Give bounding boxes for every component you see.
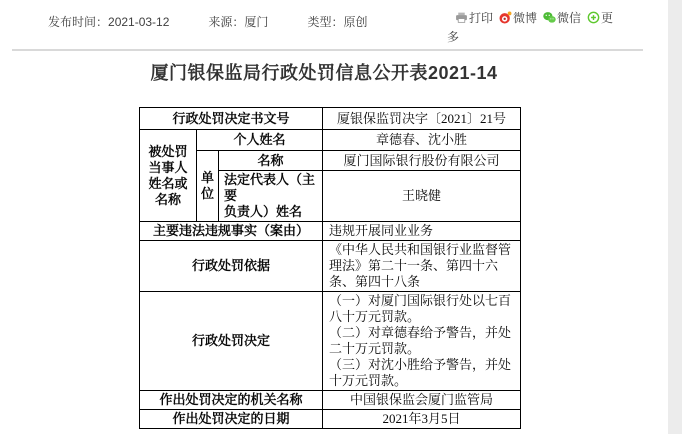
basis-value-cell: 《中华人民共和国银行业监督管理法》第二十一条、第四十六条、第四十八条 <box>323 241 521 292</box>
weibo-icon <box>499 11 512 24</box>
print-button[interactable]: 打印 <box>455 11 493 25</box>
facts-label-cell: 主要违法违规事实（案由） <box>140 222 323 241</box>
penalty-table: 行政处罚决定书文号 厦银保监罚决字〔2021〕21号 被处罚 当事人 姓名或 名… <box>139 107 521 429</box>
facts-value-cell: 违规开展同业业务 <box>323 222 521 241</box>
date-label-cell: 作出处罚决定的日期 <box>140 410 323 429</box>
row-decision: 行政处罚决定 （一）对厦门国际银行处以七百八十万元罚款。 （二）对章德春给予警告… <box>140 292 521 391</box>
unit-name-label-cell: 名称 <box>219 151 323 171</box>
printer-icon <box>455 11 468 24</box>
publish-time-label: 发布时间： <box>48 15 108 29</box>
row-authority: 作出处罚决定的机关名称 中国银保监会厦门监管局 <box>140 391 521 410</box>
unit-label-cell: 单 位 <box>197 151 219 222</box>
row-unit-name: 单 位 名称 厦门国际银行股份有限公司 <box>140 151 521 171</box>
wechat-button[interactable]: 微信 <box>543 11 581 25</box>
row-doc-no: 行政处罚决定书文号 厦银保监罚决字〔2021〕21号 <box>140 108 521 130</box>
more-plus-icon <box>587 11 600 24</box>
publish-time-value: 2021-03-12 <box>108 15 169 29</box>
publish-time: 发布时间：2021-03-12 <box>48 15 169 29</box>
person-name-label-cell: 个人姓名 <box>197 130 323 151</box>
row-date: 作出处罚决定的日期 2021年3月5日 <box>140 410 521 429</box>
weibo-label: 微博 <box>513 11 537 25</box>
weibo-button[interactable]: 微博 <box>499 11 537 25</box>
legal-rep-label-cell: 法定代表人（主要 负责人）姓名 <box>219 171 323 222</box>
article-type: 类型：原创 <box>307 15 367 29</box>
person-name-value-cell: 章德春、沈小胜 <box>323 130 521 151</box>
row-basis: 行政处罚依据 《中华人民共和国银行业监督管理法》第二十一条、第四十六条、第四十八… <box>140 241 521 292</box>
page-title: 厦门银保监局行政处罚信息公开表2021-14 <box>0 59 648 85</box>
print-label: 打印 <box>469 11 493 25</box>
doc-no-value-cell: 厦银保监罚决字〔2021〕21号 <box>323 108 521 130</box>
source-label: 来源： <box>208 15 244 29</box>
article-type-label: 类型： <box>307 15 343 29</box>
source: 来源：厦门 <box>208 15 268 29</box>
doc-no-label-cell: 行政处罚决定书文号 <box>140 108 323 130</box>
wechat-label: 微信 <box>557 11 581 25</box>
unit-name-value-cell: 厦门国际银行股份有限公司 <box>323 151 521 171</box>
source-value: 厦门 <box>244 15 268 29</box>
header-divider <box>12 49 643 51</box>
article-type-value: 原创 <box>343 15 367 29</box>
date-value-cell: 2021年3月5日 <box>323 410 521 429</box>
article-meta: 发布时间：2021-03-12来源：厦门类型：原创 <box>48 13 367 30</box>
punished-party-label-cell: 被处罚 当事人 姓名或 名称 <box>140 130 197 222</box>
decision-value-cell: （一）对厦门国际银行处以七百八十万元罚款。 （二）对章德春给予警告，并处二十万元… <box>323 292 521 391</box>
row-person-name: 被处罚 当事人 姓名或 名称 个人姓名 章德春、沈小胜 <box>140 130 521 151</box>
basis-label-cell: 行政处罚依据 <box>140 241 323 292</box>
share-toolbar: 打印微博微信更多 <box>447 9 615 47</box>
page-edge-strip <box>668 0 682 434</box>
authority-label-cell: 作出处罚决定的机关名称 <box>140 391 323 410</box>
authority-value-cell: 中国银保监会厦门监管局 <box>323 391 521 410</box>
row-facts: 主要违法违规事实（案由） 违规开展同业业务 <box>140 222 521 241</box>
legal-rep-value-cell: 王晓健 <box>323 171 521 222</box>
wechat-icon <box>543 11 556 24</box>
decision-label-cell: 行政处罚决定 <box>140 292 323 391</box>
